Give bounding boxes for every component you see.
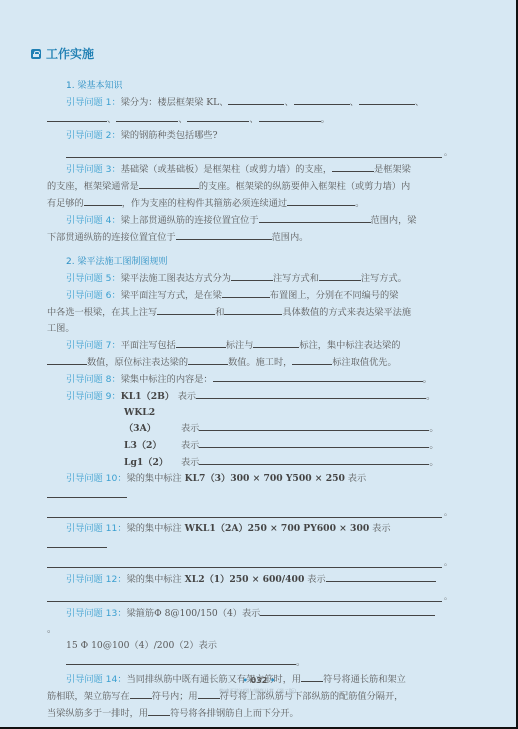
answer-blank[interactable] <box>259 111 321 122</box>
question-text: ，作为支座的柱构件其箍筋必须连续通过 <box>122 198 287 209</box>
question-text: 标注，集中标注表达梁的 <box>299 340 400 351</box>
question-label: 引导问题 9： <box>66 391 121 402</box>
answer-line[interactable] <box>47 591 442 602</box>
stirrup-code: Φ 8@100/150（4） <box>154 608 242 619</box>
question-text: 表示 <box>304 574 325 585</box>
answer-blank[interactable] <box>326 571 436 582</box>
question-5: 引导问题 5：梁平法施工图表达方式分为注写方式和注写方式。 <box>47 270 443 287</box>
punct: 。 <box>296 657 305 668</box>
section-heading: 工作实施 <box>31 45 94 62</box>
question-13-cont: 15 Φ 10@100（4）/200（2）表示。 <box>47 638 443 671</box>
punct: 。 <box>47 624 56 635</box>
question-label: 引导问题 4： <box>66 215 121 226</box>
question-label: 引导问题 5： <box>66 273 121 284</box>
question-label: 引导问题 12： <box>66 574 127 585</box>
question-9-row: Lg1（2）表示。 <box>47 454 443 471</box>
section-title: 1. 梁基本知识 <box>47 78 443 94</box>
dot-icon: • <box>270 676 275 685</box>
question-8: 引导问题 8：梁集中标注的内容是：。 <box>47 371 443 388</box>
question-text: 梁上部贯通纵筋的连接位置宜位于 <box>121 215 259 226</box>
answer-blank[interactable] <box>292 354 332 365</box>
punct: 。 <box>321 114 330 125</box>
question-text: 和 <box>215 307 224 318</box>
answer-blank[interactable] <box>199 454 429 465</box>
question-text: 梁的集中标注 <box>127 523 185 534</box>
punct: 、 <box>107 114 116 125</box>
question-text: 表示 <box>199 640 217 651</box>
answer-blank[interactable] <box>47 537 107 548</box>
dot-icon: • <box>243 676 248 685</box>
question-text: 梁平面注写方式，是在梁 <box>121 290 222 301</box>
answer-blank[interactable] <box>199 437 429 448</box>
question-13: 引导问题 13：梁箍筋Φ 8@100/150（4）表示。 <box>47 605 443 638</box>
answer-blank[interactable] <box>359 94 415 105</box>
question-text: 当梁纵筋多于一排时，用 <box>47 708 148 719</box>
question-label: 引导问题 3： <box>66 164 121 175</box>
question-text: 梁集中标注的内容是： <box>121 374 213 385</box>
question-text: 表示 <box>242 608 260 619</box>
question-4: 引导问题 4：梁上部贯通纵筋的连接位置宜位于范围内，梁 <box>47 212 443 229</box>
answer-line[interactable] <box>47 507 442 518</box>
question-text: 范围内。 <box>272 232 309 243</box>
punct: 、 <box>284 97 293 108</box>
question-label: 引导问题 1： <box>66 97 121 108</box>
question-text: 注写方式。 <box>361 273 407 284</box>
answer-blank[interactable] <box>224 304 282 315</box>
question-text: 梁平法施工图表达方式分为 <box>121 273 231 284</box>
answer-blank[interactable] <box>157 304 215 315</box>
question-label: 引导问题 8： <box>66 374 121 385</box>
stirrup-code: 15 Φ 10@100（4）/200（2） <box>66 640 199 651</box>
question-3-cont: 的支座，框架梁通常是的支座。框架梁的纵筋要伸入框架柱（或剪力墙）内 <box>47 178 443 195</box>
question-text: 基础梁（或基础板）是框架柱（或剪力墙）的支座， <box>121 164 332 175</box>
answer-blank[interactable] <box>187 111 249 122</box>
question-text: 平面注写包括 <box>121 340 176 351</box>
question-text: 梁的钢筋种类包括哪些? <box>121 130 218 141</box>
punct: 。 <box>426 391 435 402</box>
beam-code: WKL2（3A） <box>124 405 181 437</box>
question-7: 引导问题 7：平面注写包括标注与标注，集中标注表达梁的 <box>47 337 443 354</box>
question-text: 注写方式和 <box>273 273 319 284</box>
punct: 、 <box>178 114 187 125</box>
punct: 。 <box>429 423 438 434</box>
question-text: 符号将各排钢筋自上而下分开。 <box>170 708 299 719</box>
question-text: 的支座。框架梁的纵筋要伸入框架柱（或剪力墙）内 <box>199 181 410 192</box>
answer-blank[interactable] <box>259 212 371 223</box>
page-number: • 032 • <box>0 676 518 685</box>
question-2: 引导问题 2：梁的钢筋种类包括哪些? <box>47 128 443 144</box>
beam-code: WKL1（2A）250 × 700 PY600 × 300 <box>185 523 370 534</box>
question-text: 标注与 <box>226 340 254 351</box>
question-text: 梁的集中标注 <box>127 574 185 585</box>
question-text: 表示 <box>181 457 199 468</box>
book-title: 快速平法识图与钢筋计算（第二版） <box>0 688 518 695</box>
answer-blank[interactable] <box>228 94 284 105</box>
punct: 、 <box>249 114 258 125</box>
worksheet-body: 1. 梁基本知识 引导问题 1：梁分为：楼层框架梁 KL、、、、 、、、。 引导… <box>47 78 443 722</box>
question-text: 梁分为：楼层框架梁 KL、 <box>121 97 229 108</box>
answer-blank[interactable] <box>47 487 127 498</box>
question-12: 引导问题 12：梁的集中标注 XL2（1）250 × 600/400 表示 <box>47 571 443 588</box>
answer-blank[interactable] <box>47 354 87 365</box>
question-text: 表示 <box>369 523 390 534</box>
punct: 。 <box>423 374 432 385</box>
question-text: 是框架梁 <box>374 164 411 175</box>
answer-blank[interactable] <box>332 161 374 172</box>
answer-blank[interactable] <box>148 705 170 716</box>
question-text: 数值。施工时， <box>228 357 292 368</box>
question-3-cont: 有足够的，作为支座的柱构件其箍筋必须连续通过。 <box>47 195 443 212</box>
answer-blank[interactable] <box>139 178 199 189</box>
question-text: 表示 <box>345 473 366 484</box>
answer-blank[interactable] <box>260 605 435 616</box>
punct: 。 <box>429 457 438 468</box>
question-10: 引导问题 10：梁的集中标注 KL7（3）300 × 700 Y500 × 25… <box>47 471 443 504</box>
question-6-cont: 中各选一根梁，在其上注写和具体数值的方式来表达梁平法施 <box>47 304 443 321</box>
question-text: 数值，原位标注表达梁的 <box>87 357 188 368</box>
lock-icon <box>31 49 41 59</box>
question-text: 表示 <box>178 391 196 402</box>
question-text: 表示 <box>181 423 199 434</box>
answer-blank[interactable] <box>188 354 228 365</box>
answer-blank[interactable] <box>231 270 273 281</box>
answer-line[interactable] <box>66 147 442 158</box>
question-text: 布置图上，分别在不同编号的梁 <box>270 290 399 301</box>
answer-blank[interactable] <box>196 388 426 399</box>
question-label: 引导问题 2： <box>66 130 121 141</box>
question-9-row: WKL2（3A）表示。 <box>47 405 443 437</box>
section-title: 2. 梁平法施工图制图规则 <box>47 254 443 270</box>
question-4-cont: 下部贯通纵筋的连接位置宜位于范围内。 <box>47 229 443 246</box>
beam-code: KL7（3）300 × 700 Y500 × 250 <box>185 473 345 484</box>
question-text: 下部贯通纵筋的连接位置宜位于 <box>47 232 176 243</box>
heading-title: 工作实施 <box>46 45 94 62</box>
answer-blank[interactable] <box>84 195 122 206</box>
question-label: 引导问题 6： <box>66 290 121 301</box>
question-label: 引导问题 11： <box>66 523 127 534</box>
question-text: 表示 <box>181 440 199 451</box>
page-number-text: 032 <box>251 676 268 685</box>
answer-blank[interactable] <box>319 270 361 281</box>
question-text: 梁的集中标注 <box>127 473 185 484</box>
question-text: 工图。 <box>47 323 75 334</box>
question-1: 引导问题 1：梁分为：楼层框架梁 KL、、、、 <box>47 94 443 111</box>
answer-blank[interactable] <box>116 111 178 122</box>
question-6: 引导问题 6：梁平面注写方式，是在梁布置图上，分别在不同编号的梁 <box>47 287 443 304</box>
question-14-cont: 当梁纵筋多于一排时，用符号将各排钢筋自上而下分开。 <box>47 705 443 722</box>
question-text: 梁箍筋 <box>127 608 155 619</box>
answer-blank[interactable] <box>287 195 355 206</box>
beam-code: Lg1（2） <box>124 455 181 471</box>
question-11: 引导问题 11：梁的集中标注 WKL1（2A）250 × 700 PY600 ×… <box>47 521 443 554</box>
beam-code: KL1（2B） <box>121 389 178 405</box>
question-7-cont: 数值，原位标注表达梁的数值。施工时，标注取值优先。 <box>47 354 443 371</box>
punct: 。 <box>429 440 438 451</box>
answer-blank[interactable] <box>222 287 270 298</box>
question-text: 范围内，梁 <box>371 215 417 226</box>
question-3: 引导问题 3：基础梁（或基础板）是框架柱（或剪力墙）的支座，是框架梁 <box>47 161 443 178</box>
question-6-cont: 工图。 <box>47 321 443 337</box>
question-label: 引导问题 10： <box>66 473 127 484</box>
beam-code: L3（2） <box>124 438 181 454</box>
question-text: 有足够的 <box>47 198 84 209</box>
answer-blank[interactable] <box>199 420 429 431</box>
answer-blank[interactable] <box>253 337 299 348</box>
answer-blank[interactable] <box>47 111 107 122</box>
question-label: 引导问题 13： <box>66 608 127 619</box>
question-text: 的支座，框架梁通常是 <box>47 181 139 192</box>
question-9: 引导问题 9：KL1（2B）表示。 <box>47 388 443 405</box>
answer-line[interactable] <box>47 557 442 568</box>
question-9-row: L3（2）表示。 <box>47 437 443 454</box>
question-text: 具体数值的方式来表达梁平法施 <box>282 307 411 318</box>
question-text: 。 <box>355 198 364 209</box>
beam-code: XL2（1）250 × 600/400 <box>185 574 305 585</box>
answer-blank[interactable] <box>66 654 296 665</box>
punct: 、 <box>350 97 359 108</box>
question-1-cont: 、、、。 <box>47 111 443 128</box>
question-label: 引导问题 7： <box>66 340 121 351</box>
answer-blank[interactable] <box>294 94 350 105</box>
answer-blank[interactable] <box>176 229 272 240</box>
question-text: 中各选一根梁，在其上注写 <box>47 307 157 318</box>
punct: 、 <box>415 97 424 108</box>
answer-blank[interactable] <box>176 337 226 348</box>
answer-blank[interactable] <box>213 371 423 382</box>
question-text: 标注取值优先。 <box>332 357 396 368</box>
